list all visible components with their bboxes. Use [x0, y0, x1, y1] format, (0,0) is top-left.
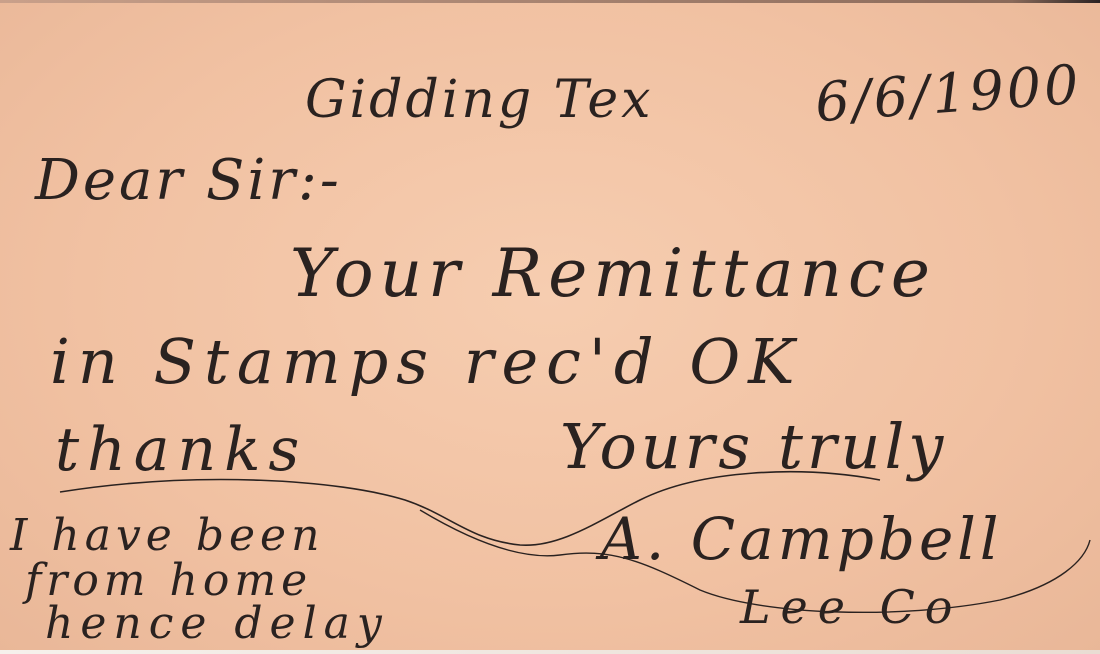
salutation: Dear Sir:- — [35, 148, 342, 213]
signature-location: Lee Co — [740, 580, 963, 634]
body-line-2: in Stamps rec'd OK — [50, 325, 802, 398]
closing: Yours truly — [560, 410, 947, 483]
signature: A. Campbell — [600, 505, 1002, 573]
body-line-3: thanks — [55, 415, 307, 485]
postscript-line-1: I have been — [10, 510, 324, 561]
body-line-1: Your Remittance — [290, 235, 936, 312]
place-heading: Gidding Tex — [305, 70, 653, 130]
postcard: Gidding Tex 6/6/1900 Dear Sir:- Your Rem… — [0, 0, 1100, 654]
postscript-line-3: hence delay — [45, 598, 389, 649]
